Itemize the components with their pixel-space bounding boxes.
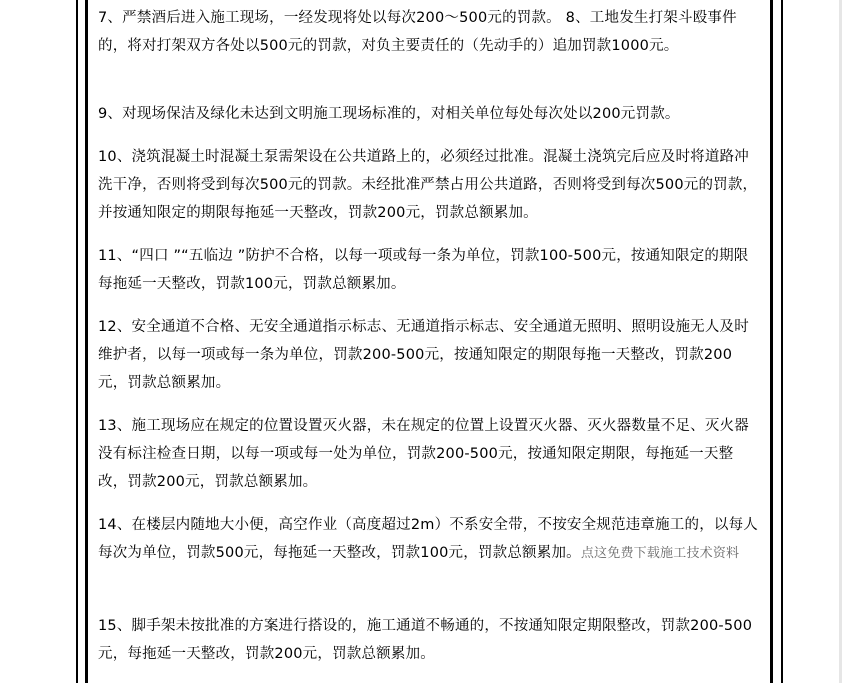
rule-paragraph-12: 12、安全通道不合格、无安全通道指示标志、无通道指示标志、安全通道无照明、照明设…: [98, 313, 760, 397]
rule-paragraph-10: 10、浇筑混凝土时混凝土泵需架设在公共道路上的，必须经过批准。混凝土浇筑完后应及…: [98, 143, 760, 227]
rule-paragraph-14: 14、在楼层内随地大小便，高空作业（高度超过2m）不系安全带，不按安全规范违章施…: [98, 511, 760, 568]
frame-border-right-outer: [781, 0, 783, 683]
rule-paragraph-11: 11、“四口 ”“五临边 ”防护不合格，以每一项或每一条为单位，罚款100-50…: [98, 242, 760, 298]
rule-paragraph-13: 13、施工现场应在规定的位置设置灭火器，未在规定的位置上设置灭火器、灭火器数量不…: [98, 412, 760, 496]
rule-paragraph-7-8: 7、严禁酒后进入施工现场，一经发现将处以每次200～500元的罚款。 8、工地发…: [98, 4, 760, 60]
frame-border-left-inner: [85, 0, 88, 683]
frame-border-left-outer: [76, 0, 78, 683]
frame-border-right-inner: [770, 0, 773, 683]
download-resources-link[interactable]: 点这免费下载施工技术资料: [581, 546, 739, 561]
rule-paragraph-9: 9、对现场保洁及绿化未达到文明施工现场标准的，对相关单位每处每次处以200元罚款…: [98, 100, 760, 128]
rule-paragraph-15: 15、脚手架未按批准的方案进行搭设的，施工通道不畅通的，不按通知限定期限整改，罚…: [98, 612, 760, 668]
